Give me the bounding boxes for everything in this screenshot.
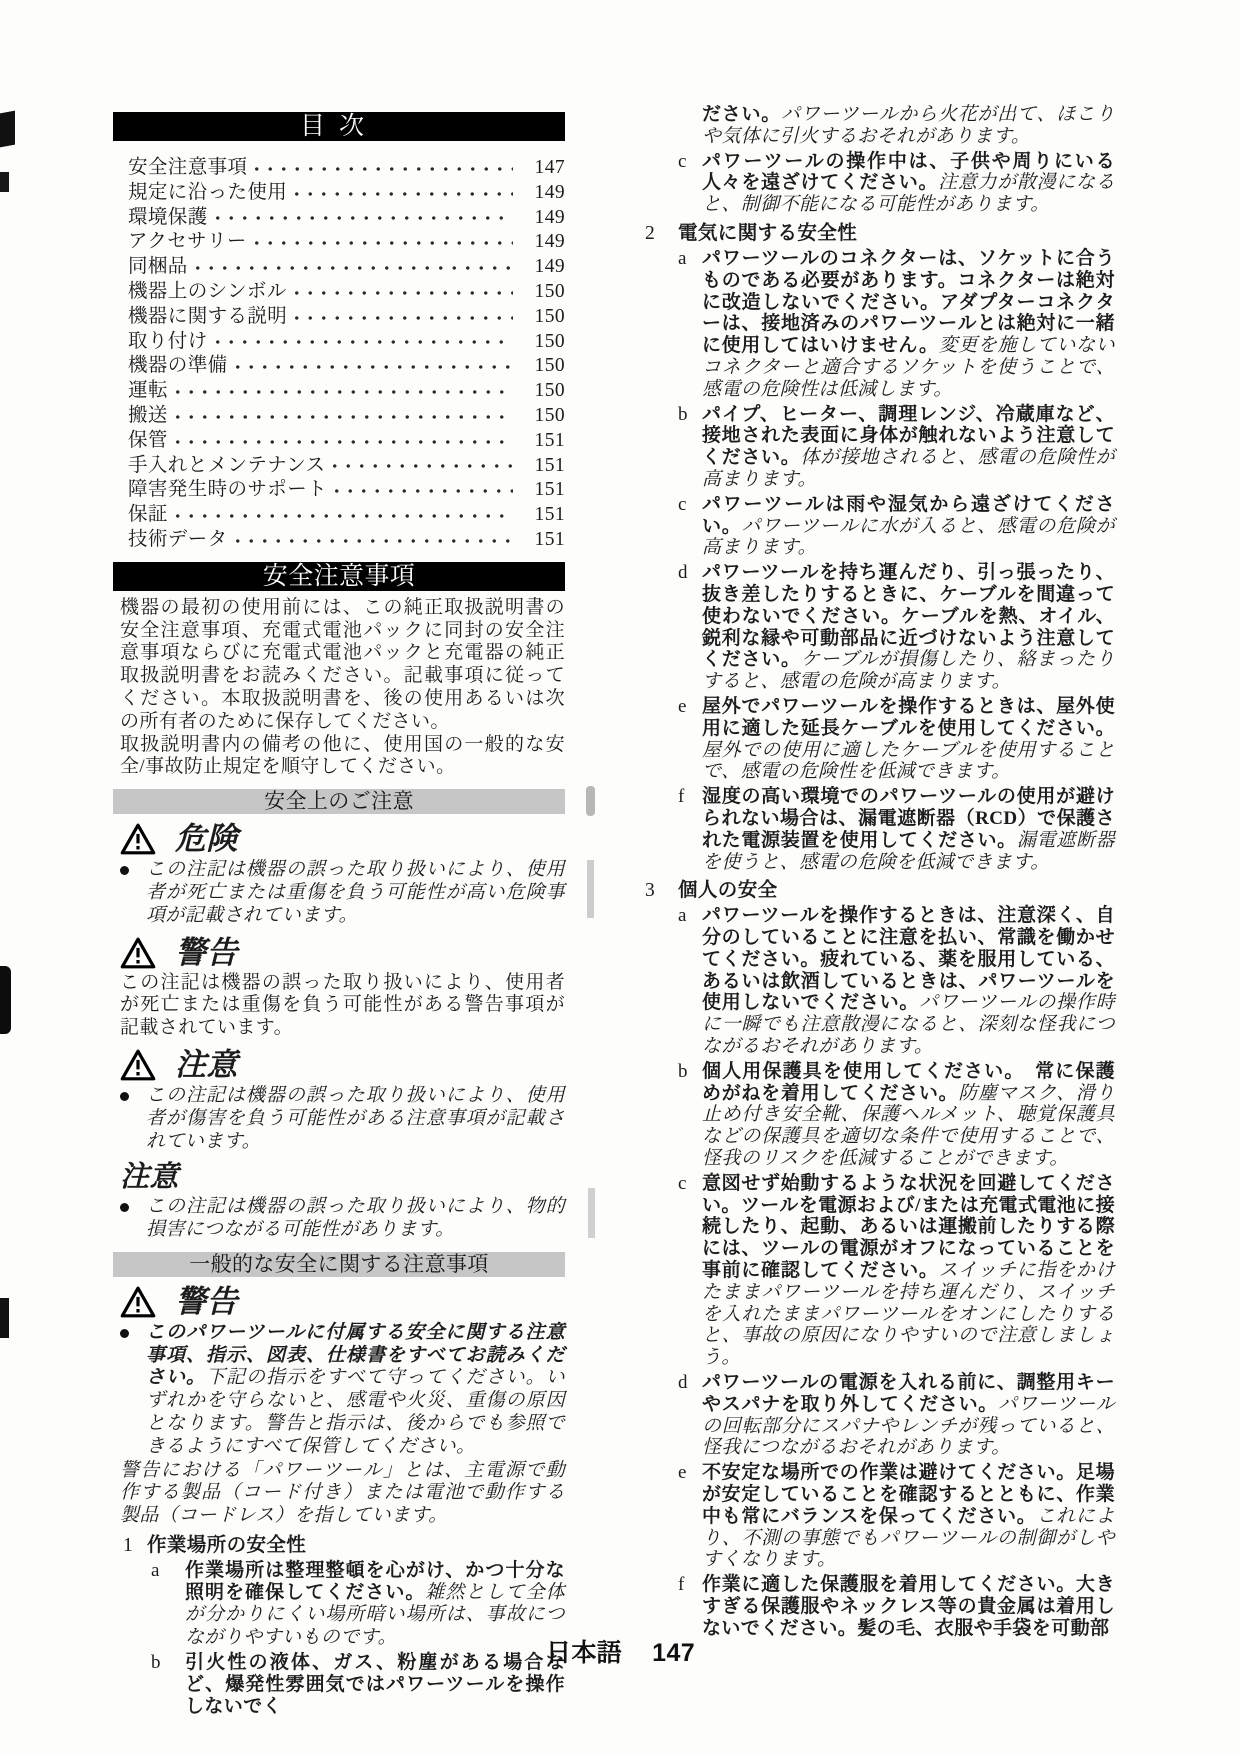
item-letter: d bbox=[678, 1372, 702, 1459]
item-letter: a bbox=[678, 905, 702, 1058]
item-instruction: 作業に適した保護服を着用してください。大きすぎる保護服やネックレス等の貴金属は着… bbox=[702, 1574, 1115, 1639]
toc-item-page: 150 bbox=[519, 355, 565, 377]
toc-item-label: 規定に沿った使用 bbox=[128, 176, 287, 204]
footer-language: 日本語 bbox=[546, 1639, 622, 1667]
toc-item[interactable]: 安全注意事項147 bbox=[128, 151, 565, 176]
danger-text: この注記は機器の誤った取り扱いにより、使用者が死亡または重傷を負う可能性が高い危… bbox=[146, 859, 565, 927]
section-title: 個人の安全 bbox=[678, 879, 778, 902]
page-footer: 日本語147 bbox=[0, 1633, 1241, 1669]
bullet-icon bbox=[120, 859, 146, 927]
item-continuation: ださい。パワーツールから火花が出て、ほこりや気体に引火するおそれがあります。 bbox=[702, 104, 1115, 148]
item-letter: e bbox=[678, 1462, 702, 1571]
section-2-heading: 2 電気に関する安全性 bbox=[645, 222, 1115, 245]
danger-title: 危険 bbox=[175, 822, 238, 856]
bullet-icon bbox=[120, 1085, 146, 1153]
toc-item[interactable]: 取り付け150 bbox=[128, 325, 565, 350]
toc-dot-leader bbox=[171, 513, 513, 519]
item-text: パワーツールは雨や湿気から遠ざけてください。パワーツールに水が入ると、感電の危険… bbox=[702, 494, 1115, 559]
toc-dot-leader bbox=[231, 538, 513, 544]
item-letter: b bbox=[678, 1061, 702, 1170]
toc-item-label: 手入れとメンテナンス bbox=[128, 449, 325, 477]
list-item: d パワーツールを持ち運んだり、引っ張ったり、抜き差したりするときに、ケーブルを… bbox=[678, 562, 1115, 693]
toc-dot-leader bbox=[328, 463, 513, 469]
caution-heading: 注意 bbox=[120, 1048, 565, 1082]
toc-dot-leader bbox=[250, 240, 513, 246]
toc-item-page: 150 bbox=[519, 306, 565, 328]
item-explanation: パワーツールに水が入ると、感電の危険が高まります。 bbox=[702, 516, 1115, 559]
item-text: 個人用保護具を使用してください。 常に保護めがねを着用してください。防塵マスク、… bbox=[702, 1061, 1115, 1170]
toc-item[interactable]: 環境保護149 bbox=[128, 201, 565, 226]
item-letter: e bbox=[678, 696, 702, 783]
warning-triangle-icon bbox=[120, 937, 156, 969]
toc-item-label: 機器の準備 bbox=[128, 349, 228, 377]
toc-item-page: 149 bbox=[519, 182, 565, 204]
list-item: b 個人用保護具を使用してください。 常に保護めがねを着用してください。防塵マス… bbox=[678, 1061, 1115, 1170]
toc-dot-leader bbox=[250, 166, 513, 172]
item-text: 不安定な場所での作業は避けてください。足場が安定していることを確認するとともに、… bbox=[702, 1462, 1115, 1571]
toc-item[interactable]: 搬送150 bbox=[128, 399, 565, 424]
toc-item-page: 151 bbox=[519, 479, 565, 501]
item-text: パワーツールを操作するときは、注意深く、自分のしていることに注意を払い、常識を働… bbox=[702, 905, 1115, 1058]
toc-item-label: アクセサリー bbox=[128, 225, 247, 253]
toc-item-page: 150 bbox=[519, 380, 565, 402]
list-item: c 意図せず始動するような状況を回避してください。ツールを電源および/または充電… bbox=[678, 1173, 1115, 1369]
list-item: c パワーツールは雨や湿気から遠ざけてください。パワーツールに水が入ると、感電の… bbox=[678, 494, 1115, 559]
toc-item-page: 151 bbox=[519, 455, 565, 477]
section-number: 2 bbox=[645, 222, 678, 245]
notice-note: この注記は機器の誤った取り扱いにより、物的損害につながる可能性があります。 bbox=[120, 1196, 565, 1242]
general-warning-title: 警告 bbox=[175, 1285, 238, 1319]
intro-paragraph-2: 取扱説明書内の備考の他に、使用国の一般的な安全/事故防止規定を順守してください。 bbox=[120, 734, 565, 780]
item-instruction: 屋外でパワーツールを操作するときは、屋外使用に適した延長ケーブルを使用してくださ… bbox=[702, 696, 1115, 739]
caution-note: この注記は機器の誤った取り扱いにより、使用者が傷害を負う可能性がある注意事項が記… bbox=[120, 1085, 565, 1153]
toc-item-page: 150 bbox=[519, 331, 565, 353]
item-letter: c bbox=[678, 1173, 702, 1369]
item-letter: f bbox=[678, 1574, 702, 1639]
notice-text: この注記は機器の誤った取り扱いにより、物的損害につながる可能性があります。 bbox=[146, 1196, 565, 1242]
section-number: 3 bbox=[645, 879, 678, 902]
item-text: 作業に適した保護服を着用してください。大きすぎる保護服やネックレス等の貴金属は着… bbox=[702, 1574, 1115, 1639]
item-letter: f bbox=[678, 786, 702, 873]
list-item: e 不安定な場所での作業は避けてください。足場が安定していることを確認するととも… bbox=[678, 1462, 1115, 1571]
general-warning-note: このパワーツールに付属する安全に関する注意事項、指示、図表、仕様書をすべてお読み… bbox=[120, 1322, 565, 1459]
manual-page: 目次 安全注意事項147 規定に沿った使用149 環境保護149 アクセサリー1… bbox=[0, 0, 1241, 1754]
toc-dot-leader bbox=[171, 389, 513, 395]
toc-item[interactable]: 機器に関する説明150 bbox=[128, 300, 565, 325]
general-warning-rest: 下記の指示をすべて守ってください。いずれかを守らないと、感電や火災、重傷の原因と… bbox=[146, 1367, 565, 1456]
toc-item[interactable]: 手入れとメンテナンス151 bbox=[128, 449, 565, 474]
toc-dot-leader bbox=[290, 191, 513, 197]
toc-item-label: 障害発生時のサポート bbox=[128, 473, 327, 501]
warning-triangle-icon bbox=[120, 823, 156, 855]
toc-dot-leader bbox=[290, 290, 513, 296]
powertool-definition: 警告における「パワーツール」とは、主電源で動作する製品（コード付き）または電池で… bbox=[120, 1460, 565, 1528]
toc-item-page: 150 bbox=[519, 405, 565, 427]
left-column: 目次 安全注意事項147 規定に沿った使用149 環境保護149 アクセサリー1… bbox=[113, 112, 565, 1718]
danger-heading: 危険 bbox=[120, 822, 565, 856]
toc-item-label: 保管 bbox=[128, 424, 168, 452]
toc-item-page: 149 bbox=[519, 231, 565, 253]
list-item: a パワーツールを操作するときは、注意深く、自分のしていることに注意を払い、常識… bbox=[678, 905, 1115, 1058]
warning-text: この注記は機器の誤った取り扱いにより、使用者が死亡または重傷を負う可能性がある警… bbox=[120, 972, 565, 1040]
notice-title: 注意 bbox=[120, 1161, 565, 1193]
item-text: 湿度の高い環境でのパワーツールの使用が避けられない場合は、漏電遮断器（RCD）で… bbox=[702, 786, 1115, 873]
section-number: 1 bbox=[113, 1534, 147, 1557]
item-text: パイプ、ヒーター、調理レンジ、冷蔵庫など、接地された表面に身体が触れないよう注意… bbox=[702, 404, 1115, 491]
toc-item-label: 取り付け bbox=[128, 325, 208, 353]
right-column: ださい。パワーツールから火花が出て、ほこりや気体に引火するおそれがあります。 c… bbox=[645, 104, 1115, 1640]
list-item: c パワーツールの操作中は、子供や周りにいる人々を遠ざけてください。注意力が散漫… bbox=[678, 151, 1115, 216]
caution-title: 注意 bbox=[175, 1048, 238, 1082]
scan-artifact bbox=[586, 786, 595, 816]
toc-item-page: 151 bbox=[519, 529, 565, 551]
toc-item-label: 技術データ bbox=[128, 523, 228, 551]
toc-item-page: 149 bbox=[519, 207, 565, 229]
toc-item-page: 151 bbox=[519, 430, 565, 452]
toc-item[interactable]: 機器上のシンボル150 bbox=[128, 275, 565, 300]
footer-page-number: 147 bbox=[652, 1639, 695, 1667]
scan-artifact bbox=[0, 966, 11, 1034]
toc-dot-leader bbox=[231, 364, 513, 370]
toc-item-label: 保証 bbox=[128, 498, 168, 526]
toc-header: 目次 bbox=[113, 112, 565, 141]
scan-artifact bbox=[588, 1188, 595, 1238]
section-title: 電気に関する安全性 bbox=[678, 222, 857, 245]
toc-dot-leader bbox=[171, 439, 513, 445]
general-safety-subheader: 一般的な安全に関する注意事項 bbox=[113, 1252, 565, 1277]
item-text: パワーツールのコネクターは、ソケットに合うものである必要があります。コネクターは… bbox=[702, 248, 1115, 401]
toc-dot-leader bbox=[211, 339, 513, 345]
scan-artifact bbox=[0, 1298, 9, 1338]
toc-item-label: 搬送 bbox=[128, 399, 168, 427]
toc-item-page: 150 bbox=[519, 281, 565, 303]
toc-item-page: 151 bbox=[519, 504, 565, 526]
general-warning-heading: 警告 bbox=[120, 1285, 565, 1319]
toc-item[interactable]: 障害発生時のサポート151 bbox=[128, 473, 565, 498]
toc-item[interactable]: 機器の準備150 bbox=[128, 349, 565, 374]
warning-title: 警告 bbox=[175, 936, 238, 970]
item-text: 屋外でパワーツールを操作するときは、屋外使用に適した延長ケーブルを使用してくださ… bbox=[702, 696, 1115, 783]
general-warning-text: このパワーツールに付属する安全に関する注意事項、指示、図表、仕様書をすべてお読み… bbox=[146, 1322, 565, 1459]
toc-item[interactable]: 同梱品149 bbox=[128, 250, 565, 275]
list-item: a パワーツールのコネクターは、ソケットに合うものである必要があります。コネクタ… bbox=[678, 248, 1115, 401]
toc-item-label: 安全注意事項 bbox=[128, 151, 247, 179]
warning-triangle-icon bbox=[120, 1049, 156, 1081]
list-item: f 湿度の高い環境でのパワーツールの使用が避けられない場合は、漏電遮断器（RCD… bbox=[678, 786, 1115, 873]
list-item: d パワーツールの電源を入れる前に、調整用キーやスパナを取り外してください。パワ… bbox=[678, 1372, 1115, 1459]
item-text: パワーツールの電源を入れる前に、調整用キーやスパナを取り外してください。パワーツ… bbox=[702, 1372, 1115, 1459]
toc-list: 安全注意事項147 規定に沿った使用149 環境保護149 アクセサリー149 … bbox=[128, 151, 565, 548]
item-letter: d bbox=[678, 562, 702, 693]
item-text: パワーツールを持ち運んだり、引っ張ったり、抜き差したりするときに、ケーブルを間違… bbox=[702, 562, 1115, 693]
section-1-heading: 1 作業場所の安全性 bbox=[113, 1534, 565, 1557]
list-item: e 屋外でパワーツールを操作するときは、屋外使用に適した延長ケーブルを使用してく… bbox=[678, 696, 1115, 783]
toc-item[interactable]: アクセサリー149 bbox=[128, 225, 565, 250]
bullet-icon bbox=[120, 1196, 146, 1242]
item-letter: c bbox=[678, 494, 702, 559]
scan-artifact bbox=[0, 111, 15, 148]
toc-item[interactable]: 保証151 bbox=[128, 498, 565, 523]
toc-item-label: 機器に関する説明 bbox=[128, 300, 287, 328]
item-letter: b bbox=[678, 404, 702, 491]
toc-item-label: 運転 bbox=[128, 374, 168, 402]
caution-text: この注記は機器の誤った取り扱いにより、使用者が傷害を負う可能性がある注意事項が記… bbox=[146, 1085, 565, 1153]
list-item: f 作業に適した保護服を着用してください。大きすぎる保護服やネックレス等の貴金属… bbox=[678, 1574, 1115, 1639]
toc-item-page: 149 bbox=[519, 256, 565, 278]
toc-item-label: 機器上のシンボル bbox=[128, 275, 287, 303]
item-text: パワーツールの操作中は、子供や周りにいる人々を遠ざけてください。注意力が散漫にな… bbox=[702, 151, 1115, 216]
list-item: b パイプ、ヒーター、調理レンジ、冷蔵庫など、接地された表面に身体が触れないよう… bbox=[678, 404, 1115, 491]
safety-notes-subheader: 安全上のご注意 bbox=[113, 789, 565, 814]
scan-artifact bbox=[587, 860, 594, 918]
safety-section-header: 安全注意事項 bbox=[113, 562, 565, 591]
warning-heading: 警告 bbox=[120, 936, 565, 970]
danger-note: この注記は機器の誤った取り扱いにより、使用者が死亡または重傷を負う可能性が高い危… bbox=[120, 859, 565, 927]
toc-item-label: 環境保護 bbox=[128, 201, 208, 229]
item-explanation: 屋外での使用に適したケーブルを使用することで、感電の危険性を低減できます。 bbox=[702, 740, 1115, 783]
toc-item[interactable]: 保管151 bbox=[128, 424, 565, 449]
toc-dot-leader bbox=[191, 265, 513, 271]
item-letter: c bbox=[678, 151, 702, 216]
toc-item-page: 147 bbox=[519, 157, 565, 179]
toc-item[interactable]: 運転150 bbox=[128, 374, 565, 399]
intro-paragraph-1: 機器の最初の使用前には、この純正取扱説明書の安全注意事項、充電式電池パックに同封… bbox=[120, 597, 565, 734]
toc-item[interactable]: 技術データ151 bbox=[128, 523, 565, 548]
scan-artifact bbox=[0, 172, 9, 192]
section-3-heading: 3 個人の安全 bbox=[645, 879, 1115, 902]
toc-dot-leader bbox=[290, 315, 513, 321]
toc-item[interactable]: 規定に沿った使用149 bbox=[128, 176, 565, 201]
item-letter: a bbox=[678, 248, 702, 401]
toc-dot-leader bbox=[171, 414, 513, 420]
bullet-icon bbox=[120, 1322, 146, 1459]
section-title: 作業場所の安全性 bbox=[147, 1534, 306, 1557]
toc-dot-leader bbox=[211, 215, 513, 221]
toc-dot-leader bbox=[330, 488, 513, 494]
toc-item-label: 同梱品 bbox=[128, 250, 188, 278]
item-instruction: ださい。 bbox=[702, 104, 781, 125]
warning-triangle-icon bbox=[120, 1286, 156, 1318]
item-text: 意図せず始動するような状況を回避してください。ツールを電源および/または充電式電… bbox=[702, 1173, 1115, 1369]
